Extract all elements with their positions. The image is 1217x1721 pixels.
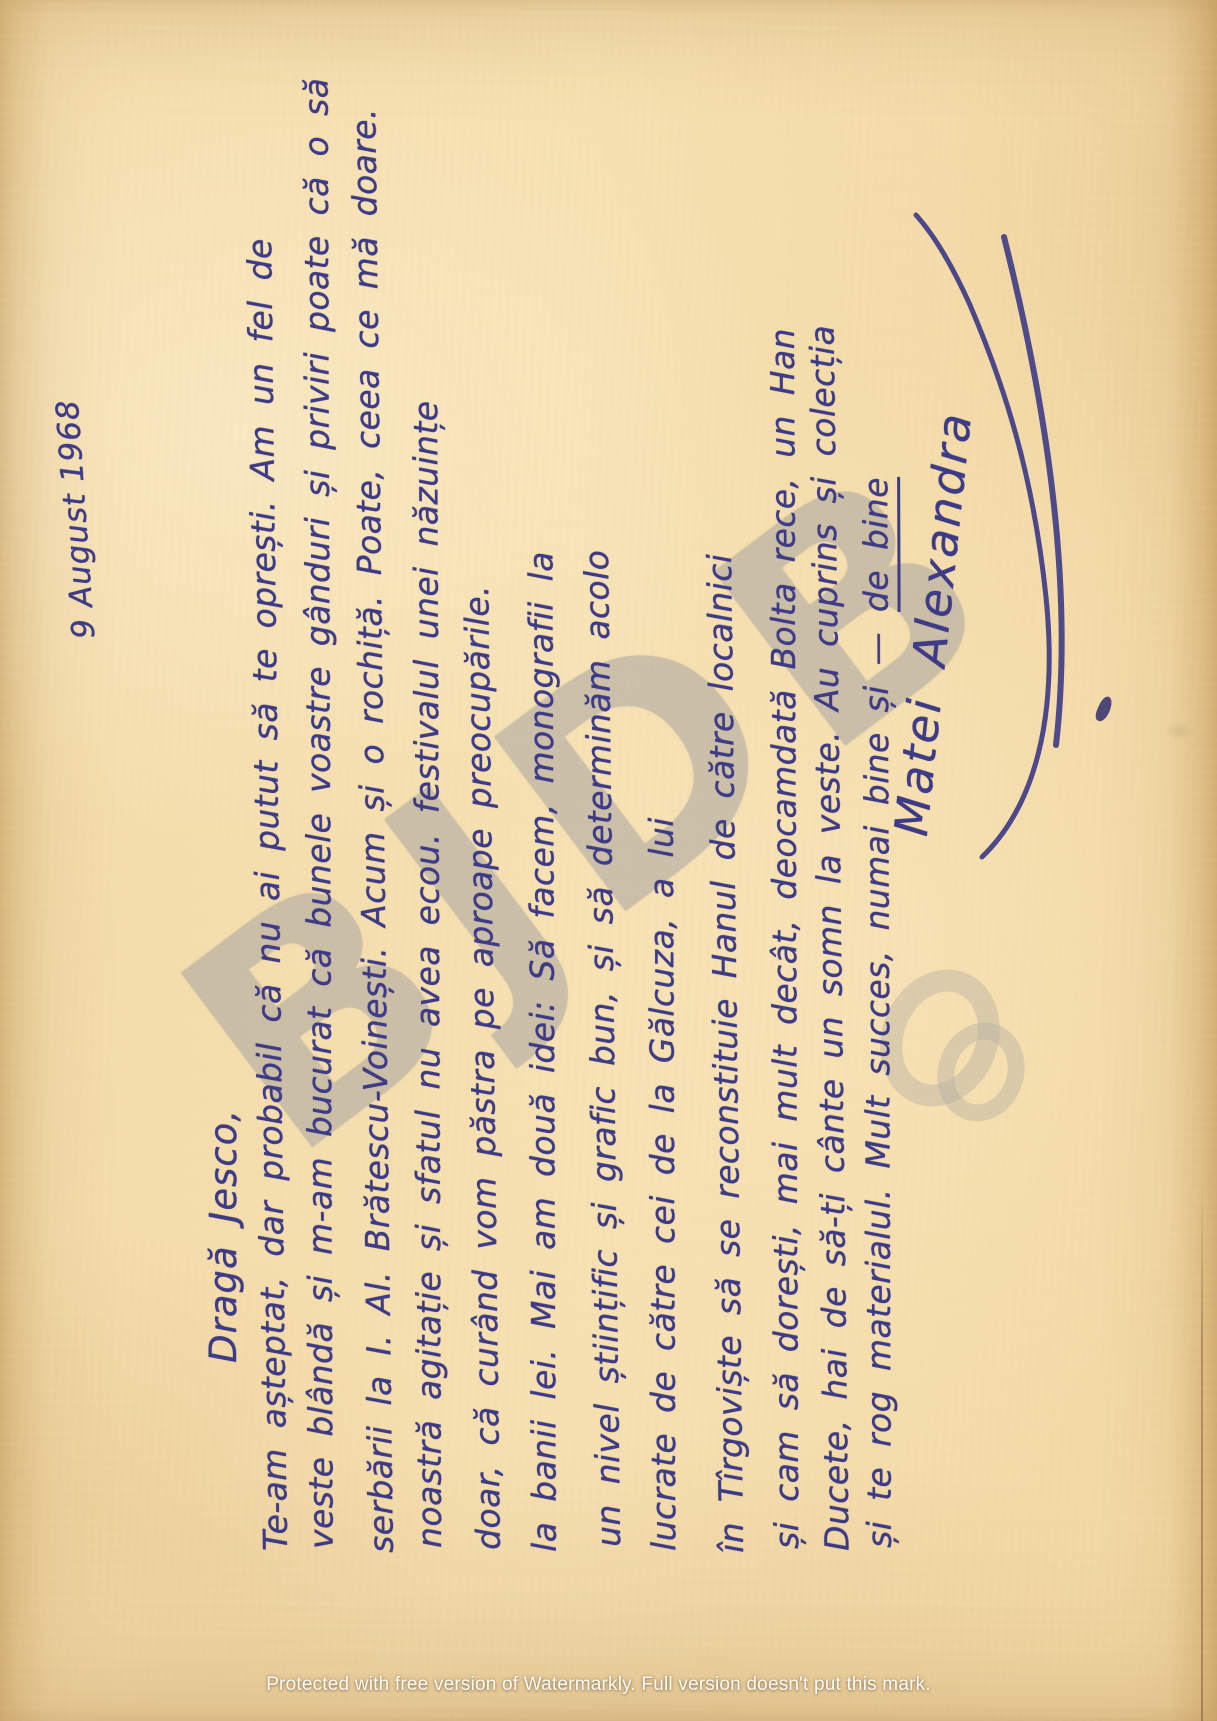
- letter-scan-page: { "document": { "language": "Romanian", …: [0, 0, 1217, 1721]
- handwriting-line: doar, că curând vom păstra pe aproape pr…: [460, 585, 505, 1550]
- handwriting-line: Te-am așteptat, dar probabil că nu ai pu…: [243, 238, 292, 1551]
- letter-date: 9 August 1968: [50, 398, 103, 640]
- handwriting-line: serbării la I. Al. Brătescu-Voinești. Ac…: [347, 108, 398, 1553]
- paper-crease: [1201, 1180, 1203, 1721]
- letter-salutation: Dragă Jesco,: [202, 1109, 245, 1363]
- handwriting-line: și cam să dorești, mai mult decât, deoca…: [766, 328, 803, 1549]
- handwriting-line: Ducete, hai de să-ți cânte un somn la ve…: [806, 325, 854, 1551]
- handwriting-line: noastră agitație și sfatul nu avea ecou.…: [409, 401, 446, 1548]
- handwriting-line: un nivel științific și grafic bun, și să…: [580, 550, 625, 1548]
- handwritten-letter-rotated: 9 August 1968 Dragă Jesco, Te-am aștepta…: [0, 0, 1217, 1721]
- handwriting-line: la banii lei. Mai am două idei: Să facem…: [524, 551, 560, 1552]
- handwriting-line: lucrate de către cei de la Gălcuza, a lu…: [645, 817, 681, 1551]
- signature-flourish: [886, 205, 1076, 865]
- handwriting-line: veste blândă și m-am bucurat că bunele v…: [299, 78, 337, 1549]
- watermarkly-footer-text: Protected with free version of Watermark…: [0, 1674, 1197, 1696]
- handwriting-line: în Tîrgoviște să se reconstituie Hanul d…: [703, 553, 748, 1553]
- paper-smudge: [1156, 718, 1202, 744]
